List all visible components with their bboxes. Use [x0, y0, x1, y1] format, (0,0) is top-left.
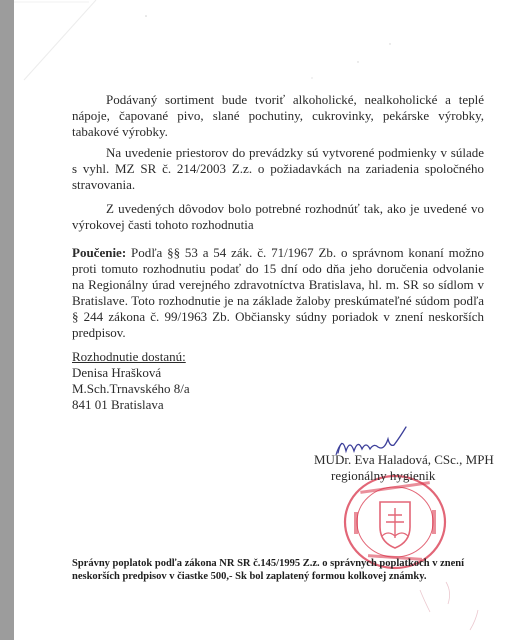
paragraph-reasons: Z uvedených dôvodov bolo potrebné rozhod… — [72, 201, 484, 233]
fee-notice-line: Správny poplatok podľa zákona NR SR č.14… — [72, 557, 492, 570]
instruction-label: Poučenie: — [72, 245, 126, 260]
document-page: Podávaný sortiment bude tvoriť alkoholic… — [14, 0, 530, 640]
paragraph-text: Podľa §§ 53 a 54 zák. č. 71/1967 Zb. o s… — [72, 245, 484, 340]
recipients-block: Rozhodnutie dostanú: Denisa Hrašková M.S… — [72, 349, 190, 413]
paragraph-assortment: Podávaný sortiment bude tvoriť alkoholic… — [72, 92, 484, 140]
signatory-name: MUDr. Eva Haladová, CSc., MPH — [314, 452, 514, 468]
recipient-line: M.Sch.Trnavského 8/a — [72, 381, 190, 397]
paragraph-instruction: Poučenie: Podľa §§ 53 a 54 zák. č. 71/19… — [72, 245, 484, 341]
recipients-heading: Rozhodnutie dostanú: — [72, 349, 190, 365]
paragraph-text: Na uvedenie priestorov do prevádzky sú v… — [72, 145, 484, 192]
signature-block: MUDr. Eva Haladová, CSc., MPH regionálny… — [314, 452, 514, 484]
paragraph-premises: Na uvedenie priestorov do prevádzky sú v… — [72, 145, 484, 193]
recipient-line: Denisa Hrašková — [72, 365, 190, 381]
signatory-role: regionálny hygienik — [314, 468, 514, 484]
scan-margin — [0, 0, 14, 640]
recipient-line: 841 01 Bratislava — [72, 397, 190, 413]
fee-notice-line: neskorších predpisov v čiastke 500,- Sk … — [72, 570, 492, 583]
paragraph-text: Podávaný sortiment bude tvoriť alkoholic… — [72, 92, 484, 139]
fee-notice: Správny poplatok podľa zákona NR SR č.14… — [72, 557, 492, 583]
paragraph-text: Z uvedených dôvodov bolo potrebné rozhod… — [72, 201, 484, 232]
